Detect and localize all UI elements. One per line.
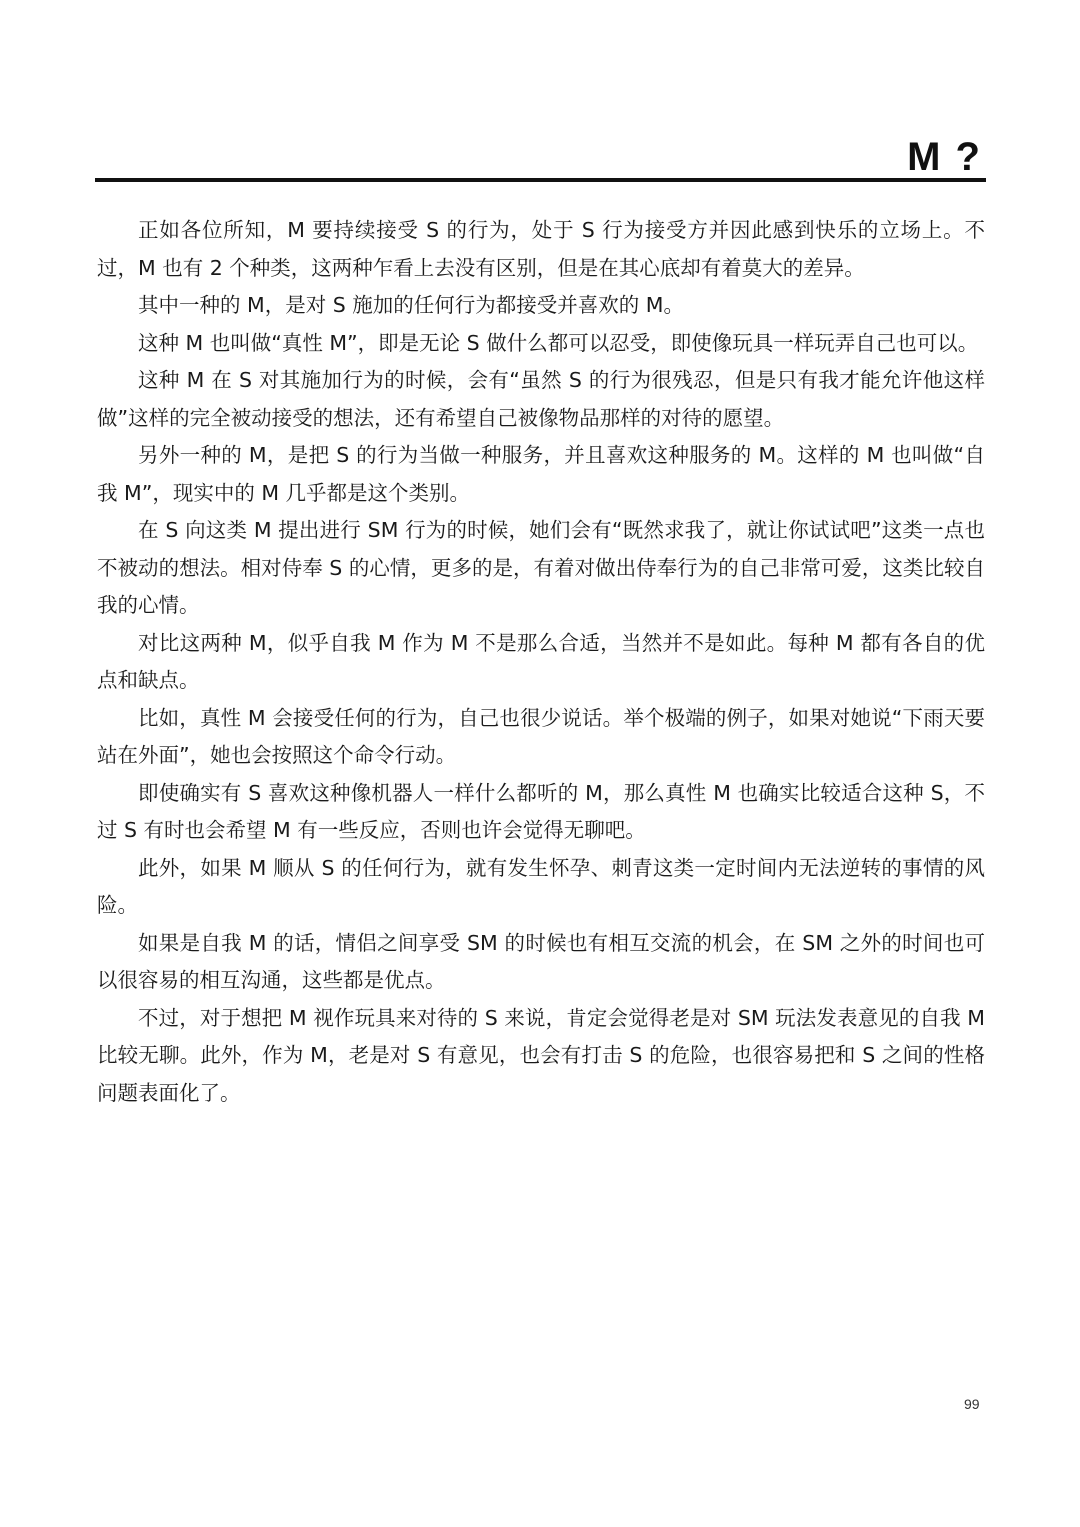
paragraph: 另外一种的 M，是把 S 的行为当做一种服务，并且喜欢这种服务的 M。这样的 M… [97,437,985,512]
page-number: 99 [964,1396,980,1412]
body-text: 正如各位所知，M 要持续接受 S 的行为，处于 S 行为接受方并因此感到快乐的立… [97,212,985,1112]
paragraph: 比如，真性 M 会接受任何的行为，自己也很少说话。举个极端的例子，如果对她说“下… [97,700,985,775]
paragraph: 其中一种的 M，是对 S 施加的任何行为都接受并喜欢的 M。 [97,287,985,325]
paragraph: 此外，如果 M 顺从 S 的任何行为，就有发生怀孕、刺青这类一定时间内无法逆转的… [97,850,985,925]
paragraph: 对比这两种 M，似乎自我 M 作为 M 不是那么合适，当然并不是如此。每种 M … [97,625,985,700]
paragraph: 这种 M 也叫做“真性 M”，即是无论 S 做什么都可以忍受，即使像玩具一样玩弄… [97,325,985,363]
paragraph: 不过，对于想把 M 视作玩具来对待的 S 来说，肯定会觉得老是对 SM 玩法发表… [97,1000,985,1113]
paragraph: 正如各位所知，M 要持续接受 S 的行为，处于 S 行为接受方并因此感到快乐的立… [97,212,985,287]
document-page: M ? 正如各位所知，M 要持续接受 S 的行为，处于 S 行为接受方并因此感到… [0,0,1080,1527]
paragraph: 如果是自我 M 的话，情侣之间享受 SM 的时候也有相互交流的机会，在 SM 之… [97,925,985,1000]
title-divider [95,178,986,182]
chapter-title: M ? [907,134,982,180]
paragraph: 即使确实有 S 喜欢这种像机器人一样什么都听的 M，那么真性 M 也确实比较适合… [97,775,985,850]
paragraph: 在 S 向这类 M 提出进行 SM 行为的时候，她们会有“既然求我了，就让你试试… [97,512,985,625]
paragraph: 这种 M 在 S 对其施加行为的时候，会有“虽然 S 的行为很残忍，但是只有我才… [97,362,985,437]
